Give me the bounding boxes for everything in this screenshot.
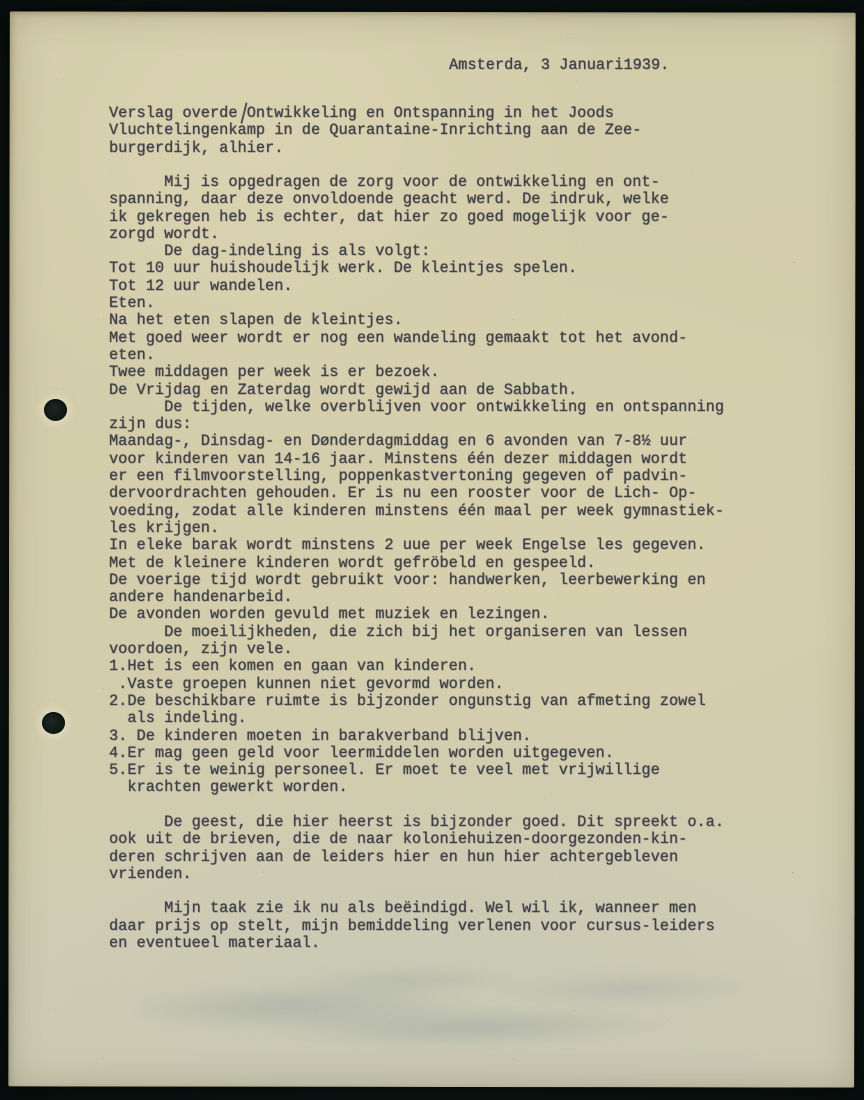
scan-background: Amsterda, 3 Januari1939. Verslag overde … <box>0 0 864 1100</box>
document-title: Verslag overde Ontwikkeling en Ontspanni… <box>109 105 641 157</box>
document-body: Mij is opgedragen de zorg voor de ontwik… <box>109 174 724 952</box>
punch-hole-bottom <box>42 712 65 734</box>
punch-hole-top <box>44 399 67 421</box>
date-line: Amsterda, 3 Januari1939. <box>449 57 669 74</box>
